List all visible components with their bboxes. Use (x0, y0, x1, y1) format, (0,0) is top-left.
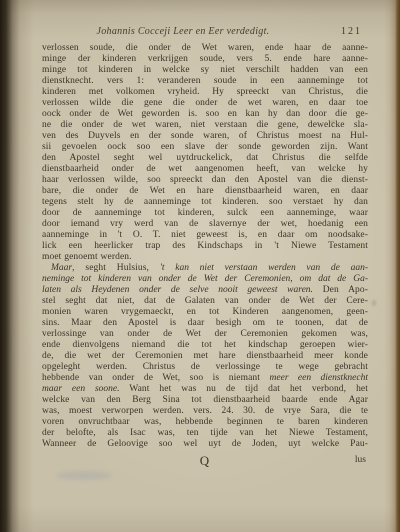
text-segment: kinderen met volkomen vryheid. Hy spreec… (42, 87, 368, 97)
text-segment: door de aanneminge tot kinderen, sulck e… (42, 208, 368, 218)
text-segment: moet genoemt werden. (42, 252, 132, 262)
text-line: verlossinge van onder de Wet der Ceremon… (42, 329, 368, 340)
text-line: oock onder de Wet geworden is. soo en ka… (42, 109, 368, 120)
text-line: hebbende van onder de Wet, soo is nieman… (42, 373, 368, 384)
text-line: dienstbaarheid onder de wet aangenomen h… (42, 164, 368, 175)
text-line: opgeleght werden. Christus de verlossing… (42, 362, 368, 373)
text-segment: Wanneer de Geloovige soo wel uyt de Jode… (42, 439, 368, 449)
text-segment: neminge tot kinderen van onder de Wet de… (42, 274, 368, 284)
text-segment: haar verlossen wilde, soo spreeckt dan d… (42, 175, 368, 185)
text-segment: minge der kinderen verkrijgen soude, ver… (42, 54, 368, 64)
text-line: door iemand vry werd van de slavernye de… (42, 219, 368, 230)
text-line: welcke van den Berg Sina tot dienstbaarh… (42, 395, 368, 406)
text-segment: ende dienvolgens niemand die tot het kin… (42, 340, 368, 350)
text-segment: meer een dienstknecht (270, 373, 368, 383)
text-segment: voren onvruchtbaar was, hebbende beginne… (42, 417, 368, 427)
text-segment: Den Apo- (313, 285, 368, 295)
text-segment: de, die wet der Ceremonien met hare dien… (42, 351, 368, 361)
text-segment: 't kan niet verstaan werden van de aan- (160, 263, 368, 273)
text-line: bare, die onder de Wet en hare dienstbaa… (42, 186, 368, 197)
text-segment: stel seght dat niet, dat de Galaten van … (42, 296, 368, 306)
text-segment: dienstknecht. vers 1: veranderen soude i… (42, 76, 368, 86)
text-line: den Apostel seght wel uytdruckelick, dat… (42, 153, 368, 164)
page-edge-strip (384, 0, 400, 532)
page-number: 121 (341, 26, 362, 37)
text-segment: aanneminge in 't O. T. niet geweest is, … (42, 230, 368, 240)
text-line: aanneminge in 't O. T. niet geweest is, … (42, 230, 368, 241)
text-line: haar verlossen wilde, soo spreeckt dan d… (42, 175, 368, 186)
text-segment: verlossinge van onder de Wet der Ceremon… (42, 329, 368, 339)
text-segment: verlossen soude, die onder de Wet waren,… (42, 43, 368, 53)
scanned-book-page: Johannis Cocceji Leer en Eer verdedigt. … (0, 0, 400, 532)
text-line: voren onvruchtbaar was, hebbende beginne… (42, 417, 368, 428)
text-segment: , seght Hulsius, (72, 263, 160, 273)
text-line: sii gevoelen oock soo een slave der sond… (42, 142, 368, 153)
text-line: lick een heerlicker trap des Kindschaps … (42, 241, 368, 252)
text-segment: oock onder de Wet geworden is. soo en ka… (42, 109, 368, 119)
ink-stain (56, 471, 112, 480)
text-line: moet genoemt werden. (42, 252, 368, 263)
text-segment: welcke van den Berg Sina tot dienstbaarh… (42, 395, 368, 405)
text-line: minge der kinderen verkrijgen soude, ver… (42, 54, 368, 65)
text-line: tegens stelt hy de aanneminge tot kinder… (42, 197, 368, 208)
text-line: maar een soone. Want het was nu de tijd … (42, 384, 368, 395)
text-line: sins. Maar den Apostel is daar besigh om… (42, 318, 368, 329)
signature-mark: Q (42, 453, 368, 469)
text-line: Maar, seght Hulsius, 't kan niet verstaa… (42, 263, 368, 274)
page-footer: Q lus (42, 453, 368, 469)
text-segment: den Apostel seght wel uytdruckelick, dat… (42, 153, 368, 163)
text-line: de, die wet der Ceremonien met hare dien… (42, 351, 368, 362)
text-segment: bare, die onder de Wet en hare dienstbaa… (42, 186, 368, 196)
text-segment: ne die onder de wet waren, niet verstaan… (42, 120, 368, 130)
paper-fleck (372, 300, 376, 306)
text-line: ende dienvolgens niemand die tot het kin… (42, 340, 368, 351)
book-gutter-shadow (0, 0, 34, 532)
text-segment: lick een heerlicker trap des Kindschaps … (42, 241, 368, 251)
text-segment: maar een soone. (42, 384, 119, 394)
text-line: was, moest verworpen werden. vers. 24. 3… (42, 406, 368, 417)
text-segment: sins. Maar den Apostel is daar besigh om… (42, 318, 368, 328)
text-line: verlossen wilde die gene die onder de we… (42, 98, 368, 109)
text-segment: Want het was nu de tijd dat het verbond,… (119, 384, 368, 394)
text-segment: minge tot kinderen in welcke sy niet ver… (42, 65, 368, 75)
running-title: Johannis Cocceji Leer en Eer verdedigt. (42, 26, 324, 37)
text-line: neminge tot kinderen van onder de Wet de… (42, 274, 368, 285)
page-header: Johannis Cocceji Leer en Eer verdedigt. … (42, 26, 368, 39)
text-segment: Maar (51, 263, 72, 273)
body-text: verlossen soude, die onder de Wet waren,… (42, 43, 368, 450)
text-segment: ven des Duyvels en der sonde waren, of C… (42, 131, 368, 141)
text-segment: opgeleght werden. Christus de verlossing… (42, 362, 368, 372)
text-segment: sii gevoelen oock soo een slave der sond… (42, 142, 368, 152)
text-line: door de aanneminge tot kinderen, sulck e… (42, 208, 368, 219)
text-segment: der belofte, als Isac was, ten tijde van… (42, 428, 368, 438)
text-line: ne die onder de wet waren, niet verstaan… (42, 120, 368, 131)
text-line: verlossen soude, die onder de Wet waren,… (42, 43, 368, 54)
text-line: Wanneer de Geloovige soo wel uyt de Jode… (42, 439, 368, 450)
text-segment: verlossen wilde die gene die onder de we… (42, 98, 368, 108)
text-line: der belofte, als Isac was, ten tijde van… (42, 428, 368, 439)
text-segment: tegens stelt hy de aanneminge tot kinder… (42, 197, 368, 207)
text-line: dienstknecht. vers 1: veranderen soude i… (42, 76, 368, 87)
text-line: ven des Duyvels en der sonde waren, of C… (42, 131, 368, 142)
text-segment: dienstbaarheid onder de wet aangenomen h… (42, 164, 368, 174)
text-line: minge tot kinderen in welcke sy niet ver… (42, 65, 368, 76)
text-segment: door iemand vry werd van de slavernye de… (42, 219, 368, 229)
text-segment: monien waren vrygemaeckt, en tot Kindere… (42, 307, 368, 317)
text-segment: hebbende van onder de Wet, soo is nieman… (42, 373, 270, 383)
text-line: stel seght dat niet, dat de Galaten van … (42, 296, 368, 307)
text-line: monien waren vrygemaeckt, en tot Kindere… (42, 307, 368, 318)
text-line: laten als Heydenen onder de selve nooit … (42, 285, 368, 296)
text-segment: was, moest verworpen werden. vers. 24. 3… (42, 406, 368, 416)
text-segment: laten als Heydenen onder de selve nooit … (42, 285, 313, 295)
text-line: kinderen met volkomen vryheid. Hy spreec… (42, 87, 368, 98)
catchword: lus (355, 455, 366, 465)
